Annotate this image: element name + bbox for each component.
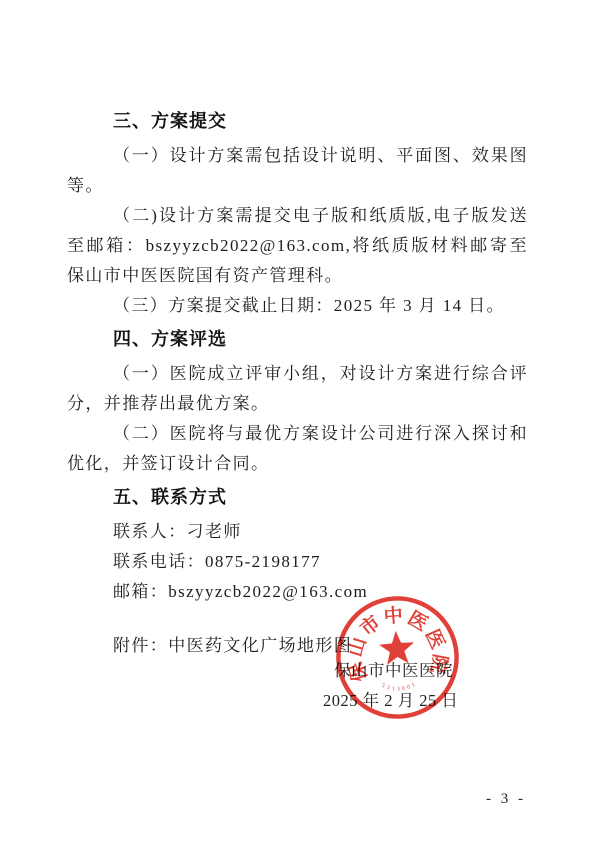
section-contact-info: 五、联系方式 联系人：刁老师 联系电话：0875-2198177 邮箱：bszy… <box>67 482 528 607</box>
seal-code: 5313001 <box>380 680 419 693</box>
section-proposal-evaluation: 四、方案评选 （一）医院成立评审小组，对设计方案进行综合评分，并推荐出最优方案。… <box>67 324 528 479</box>
section-heading: 三、方案提交 <box>67 106 528 136</box>
section-heading: 四、方案评选 <box>67 324 528 354</box>
contact-phone-line: 联系电话：0875-2198177 <box>67 547 528 577</box>
svg-text:5313001: 5313001 <box>380 680 419 693</box>
section-heading: 五、联系方式 <box>67 482 528 512</box>
paragraph: （一）医院成立评审小组，对设计方案进行综合评分，并推荐出最优方案。 <box>67 359 528 419</box>
paragraph: （二）医院将与最优方案设计公司进行深入探讨和优化，并签订设计合同。 <box>67 419 528 479</box>
page-number: - 3 - <box>486 784 526 814</box>
paragraph: （二)设计方案需提交电子版和纸质版,电子版发送至邮箱：bszyyzcb2022@… <box>67 201 528 291</box>
section-proposal-submission: 三、方案提交 （一）设计方案需包括设计说明、平面图、效果图等。 （二)设计方案需… <box>67 106 528 321</box>
contact-person-line: 联系人：刁老师 <box>67 517 528 547</box>
document-page: 三、方案提交 （一）设计方案需包括设计说明、平面图、效果图等。 （二)设计方案需… <box>0 0 600 849</box>
seal-star-icon <box>378 630 415 666</box>
contact-email-line: 邮箱：bszyyzcb2022@163.com <box>67 577 528 607</box>
paragraph: （一）设计方案需包括设计说明、平面图、效果图等。 <box>67 141 528 201</box>
paragraph: （三）方案提交截止日期：2025 年 3 月 14 日。 <box>67 291 528 321</box>
official-seal: 保山市中医医院 5313001 <box>330 590 466 726</box>
